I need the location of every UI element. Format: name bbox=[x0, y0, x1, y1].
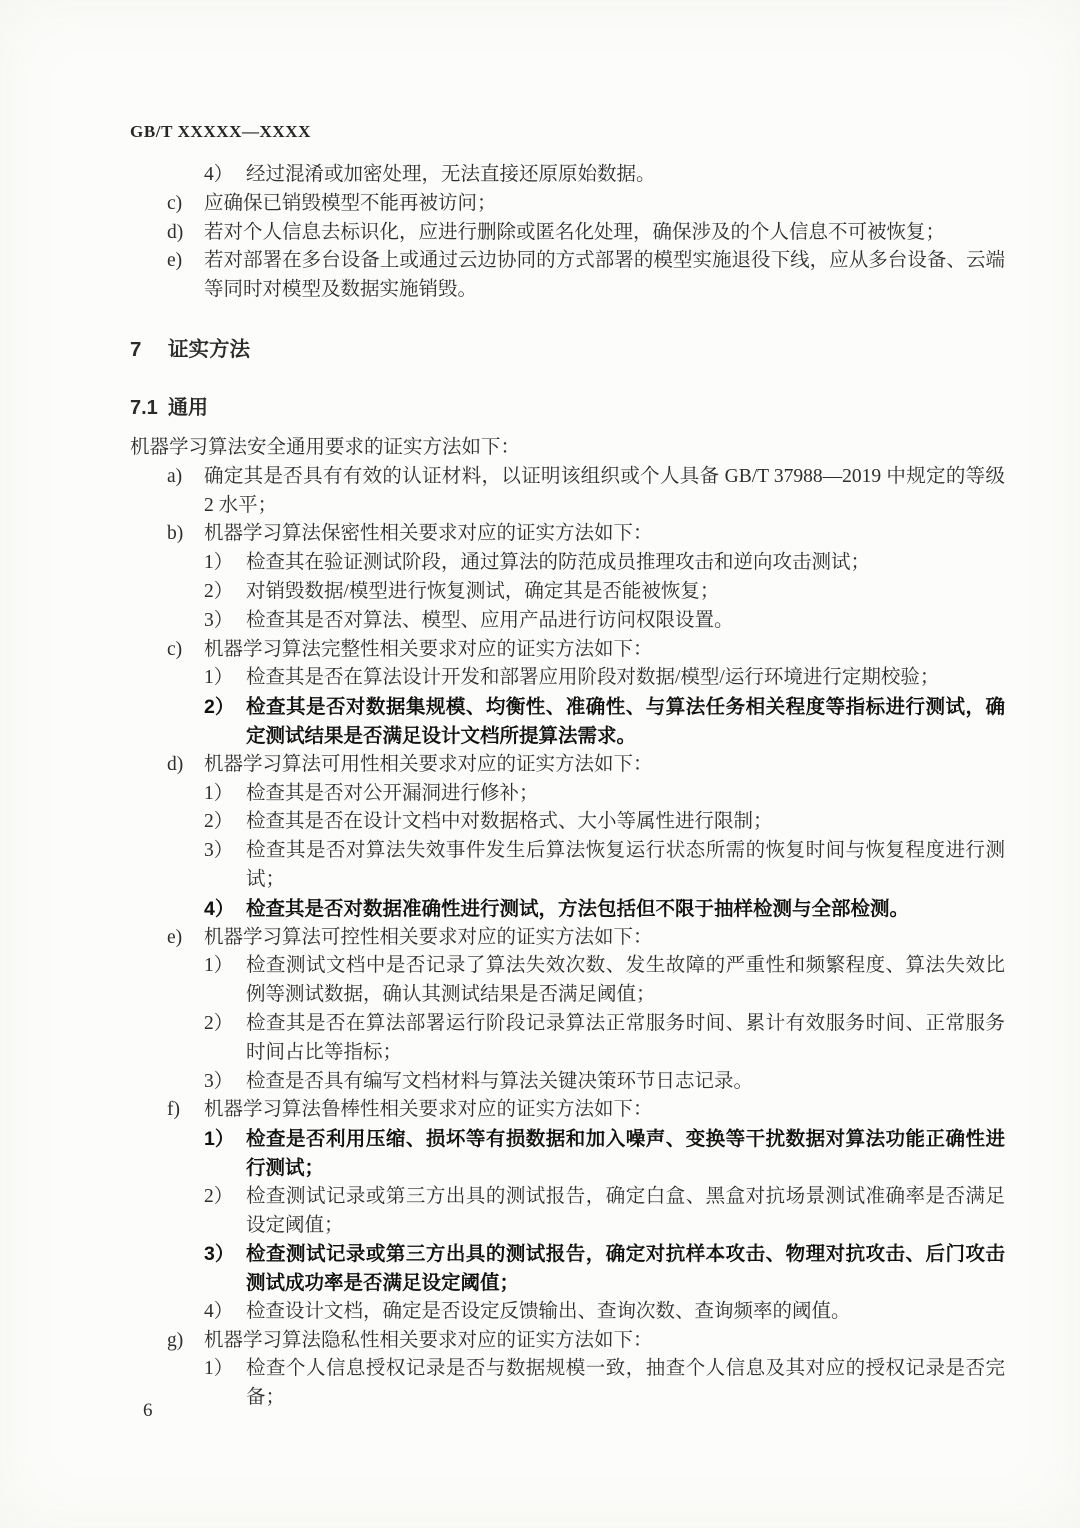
list-item-label: c) bbox=[167, 636, 182, 665]
list-item: 1）检查测试文档中是否记录了算法失效次数、发生故障的严重性和频繁程度、算法失效比… bbox=[130, 952, 1005, 1010]
list-item-label: b) bbox=[167, 520, 183, 549]
list-item: 4）检查其是否对数据准确性进行测试，方法包括但不限于抽样检测与全部检测。 bbox=[130, 895, 1005, 924]
list-item-label: g) bbox=[167, 1327, 183, 1356]
list-item-label: 3） bbox=[204, 607, 233, 636]
list-item-text: 检查其是否对数据准确性进行测试，方法包括但不限于抽样检测与全部检测。 bbox=[246, 898, 909, 920]
subsection-number: 7.1 bbox=[130, 394, 168, 422]
list-item-text: 机器学习算法保密性相关要求对应的证实方法如下： bbox=[204, 523, 653, 544]
list-item: e)机器学习算法可控性相关要求对应的证实方法如下： bbox=[130, 924, 1005, 953]
intro-paragraph: 机器学习算法安全通用要求的证实方法如下： bbox=[130, 434, 1005, 463]
list-item-label: 1） bbox=[204, 952, 233, 981]
list-item-label: 3） bbox=[204, 1068, 233, 1097]
list-item-label: 2） bbox=[204, 1010, 233, 1039]
list-item: 3）检查其是否对算法失效事件发生后算法恢复运行状态所需的恢复时间与恢复程度进行测… bbox=[130, 837, 1005, 895]
list-item-text: 检查其在验证测试阶段，通过算法的防范成员推理攻击和逆向攻击测试； bbox=[246, 552, 870, 573]
document-body: 4）经过混淆或加密处理，无法直接还原原始数据。c)应确保已销毁模型不能再被访问；… bbox=[130, 161, 1005, 1413]
section-title: 证实方法 bbox=[168, 338, 250, 361]
list-item-text: 检查其是否在算法设计开发和部署应用阶段对数据/模型/运行环境进行定期校验； bbox=[246, 667, 939, 688]
list-item-label: 2） bbox=[204, 808, 233, 837]
document-header: GB/T XXXXX—XXXX bbox=[130, 121, 1005, 143]
list-item: c)机器学习算法完整性相关要求对应的证实方法如下： bbox=[130, 636, 1005, 665]
list-item: 1）检查个人信息授权记录是否与数据规模一致，抽查个人信息及其对应的授权记录是否完… bbox=[130, 1355, 1005, 1413]
list-item-text: 检查其是否对公开漏洞进行修补； bbox=[246, 783, 539, 804]
list-item-text: 检查个人信息授权记录是否与数据规模一致，抽查个人信息及其对应的授权记录是否完备； bbox=[246, 1358, 1005, 1408]
list-item-text: 检查是否具有编写文档材料与算法关键决策环节日志记录。 bbox=[246, 1071, 753, 1092]
section-heading: 7证实方法 bbox=[130, 336, 1005, 364]
list-item-label: 1） bbox=[204, 1355, 233, 1384]
list-item-label: e) bbox=[167, 924, 182, 953]
list-item-text: 机器学习算法可控性相关要求对应的证实方法如下： bbox=[204, 927, 653, 948]
list-item: d)若对个人信息去标识化，应进行删除或匿名化处理，确保涉及的个人信息不可被恢复； bbox=[130, 219, 1005, 248]
list-item: 2）检查测试记录或第三方出具的测试报告，确定白盒、黑盒对抗场景测试准确率是否满足… bbox=[130, 1183, 1005, 1241]
list-item-label: a) bbox=[167, 463, 182, 492]
list-item-label: 4） bbox=[204, 895, 234, 924]
list-item-label: d) bbox=[167, 751, 183, 780]
list-item: 3）检查测试记录或第三方出具的测试报告，确定对抗样本攻击、物理对抗攻击、后门攻击… bbox=[130, 1240, 1005, 1298]
list-item-text: 若对部署在多台设备上或通过云边协同的方式部署的模型实施退役下线，应从多台设备、云… bbox=[204, 250, 1005, 300]
list-item: g)机器学习算法隐私性相关要求对应的证实方法如下： bbox=[130, 1327, 1005, 1356]
list-item-text: 检查其是否对算法失效事件发生后算法恢复运行状态所需的恢复时间与恢复程度进行测试； bbox=[246, 840, 1005, 890]
list-item-label: 4） bbox=[204, 1298, 233, 1327]
section-number: 7 bbox=[130, 336, 168, 364]
list-item-text: 检查测试记录或第三方出具的测试报告，确定白盒、黑盒对抗场景测试准确率是否满足设定… bbox=[246, 1186, 1005, 1236]
list-item: 4）经过混淆或加密处理，无法直接还原原始数据。 bbox=[130, 161, 1005, 190]
list-item: f)机器学习算法鲁棒性相关要求对应的证实方法如下： bbox=[130, 1096, 1005, 1125]
list-item: c)应确保已销毁模型不能再被访问； bbox=[130, 190, 1005, 219]
list-item-label: e) bbox=[167, 247, 182, 276]
list-item-text: 检查测试文档中是否记录了算法失效次数、发生故障的严重性和频繁程度、算法失效比例等… bbox=[246, 955, 1005, 1005]
list-item: b)机器学习算法保密性相关要求对应的证实方法如下： bbox=[130, 520, 1005, 549]
page-number: 6 bbox=[143, 1400, 153, 1422]
list-item-text: 应确保已销毁模型不能再被访问； bbox=[204, 193, 497, 214]
subsection-heading: 7.1通用 bbox=[130, 394, 1005, 422]
list-item-text: 对销毁数据/模型进行恢复测试，确定其是否能被恢复； bbox=[246, 581, 719, 602]
list-item: 1）检查其是否对公开漏洞进行修补； bbox=[130, 780, 1005, 809]
list-item: 1）检查其在验证测试阶段，通过算法的防范成员推理攻击和逆向攻击测试； bbox=[130, 549, 1005, 578]
list-item: d)机器学习算法可用性相关要求对应的证实方法如下： bbox=[130, 751, 1005, 780]
list-item: 1）检查是否利用压缩、损坏等有损数据和加入噪声、变换等干扰数据对算法功能正确性进… bbox=[130, 1125, 1005, 1183]
list-item: 2）检查其是否在算法部署运行阶段记录算法正常服务时间、累计有效服务时间、正常服务… bbox=[130, 1010, 1005, 1068]
list-item-label: f) bbox=[167, 1096, 180, 1125]
list-item-text: 机器学习算法可用性相关要求对应的证实方法如下： bbox=[204, 754, 653, 775]
list-item: 2）检查其是否在设计文档中对数据格式、大小等属性进行限制； bbox=[130, 808, 1005, 837]
list-item-text: 机器学习算法鲁棒性相关要求对应的证实方法如下： bbox=[204, 1099, 653, 1120]
list-item-label: 1） bbox=[204, 1125, 234, 1154]
list-item-text: 检查是否利用压缩、损坏等有损数据和加入噪声、变换等干扰数据对算法功能正确性进行测… bbox=[246, 1128, 1005, 1179]
list-item-label: c) bbox=[167, 190, 182, 219]
list-item-label: 1） bbox=[204, 664, 233, 693]
list-item: a)确定其是否具有有效的认证材料，以证明该组织或个人具备 GB/T 37988—… bbox=[130, 463, 1005, 521]
list-item-label: 2） bbox=[204, 693, 234, 722]
list-item: 2）对销毁数据/模型进行恢复测试，确定其是否能被恢复； bbox=[130, 578, 1005, 607]
methods-list: a)确定其是否具有有效的认证材料，以证明该组织或个人具备 GB/T 37988—… bbox=[130, 463, 1005, 1413]
list-item-label: 1） bbox=[204, 780, 233, 809]
list-item-label: d) bbox=[167, 219, 183, 248]
list-item: e)若对部署在多台设备上或通过云边协同的方式部署的模型实施退役下线，应从多台设备… bbox=[130, 247, 1005, 305]
list-item-text: 检查其是否在设计文档中对数据格式、大小等属性进行限制； bbox=[246, 811, 773, 832]
list-item-label: 4） bbox=[204, 161, 233, 190]
list-item-text: 检查设计文档，确定是否设定反馈输出、查询次数、查询频率的阈值。 bbox=[246, 1301, 851, 1322]
list-item-text: 检查其是否在算法部署运行阶段记录算法正常服务时间、累计有效服务时间、正常服务时间… bbox=[246, 1013, 1005, 1063]
list-item: 1）检查其是否在算法设计开发和部署应用阶段对数据/模型/运行环境进行定期校验； bbox=[130, 664, 1005, 693]
list-item-text: 机器学习算法完整性相关要求对应的证实方法如下： bbox=[204, 639, 653, 660]
list-item: 2）检查其是否对数据集规模、均衡性、准确性、与算法任务相关程度等指标进行测试，确… bbox=[130, 693, 1005, 751]
list-item: 4）检查设计文档，确定是否设定反馈输出、查询次数、查询频率的阈值。 bbox=[130, 1298, 1005, 1327]
list-item-text: 若对个人信息去标识化，应进行删除或匿名化处理，确保涉及的个人信息不可被恢复； bbox=[204, 222, 945, 243]
list-item-text: 检查其是否对算法、模型、应用产品进行访问权限设置。 bbox=[246, 610, 734, 631]
subsection-title: 通用 bbox=[168, 397, 208, 419]
list-item: 3）检查其是否对算法、模型、应用产品进行访问权限设置。 bbox=[130, 607, 1005, 636]
list-item-text: 经过混淆或加密处理，无法直接还原原始数据。 bbox=[246, 164, 656, 185]
list-item-label: 3） bbox=[204, 1240, 234, 1269]
list-item-text: 确定其是否具有有效的认证材料，以证明该组织或个人具备 GB/T 37988—20… bbox=[204, 466, 1005, 516]
list-item-text: 检查其是否对数据集规模、均衡性、准确性、与算法任务相关程度等指标进行测试，确定测… bbox=[246, 696, 1005, 747]
list-item-text: 机器学习算法隐私性相关要求对应的证实方法如下： bbox=[204, 1330, 653, 1351]
list-item-label: 3） bbox=[204, 837, 233, 866]
list-item-label: 2） bbox=[204, 578, 233, 607]
document-page: GB/T XXXXX—XXXX 4）经过混淆或加密处理，无法直接还原原始数据。c… bbox=[0, 0, 1080, 1528]
list-item: 3）检查是否具有编写文档材料与算法关键决策环节日志记录。 bbox=[130, 1068, 1005, 1097]
list-item-text: 检查测试记录或第三方出具的测试报告，确定对抗样本攻击、物理对抗攻击、后门攻击测试… bbox=[246, 1243, 1005, 1294]
list-item-label: 1） bbox=[204, 549, 233, 578]
continuation-list: 4）经过混淆或加密处理，无法直接还原原始数据。c)应确保已销毁模型不能再被访问；… bbox=[130, 161, 1005, 305]
list-item-label: 2） bbox=[204, 1183, 233, 1212]
